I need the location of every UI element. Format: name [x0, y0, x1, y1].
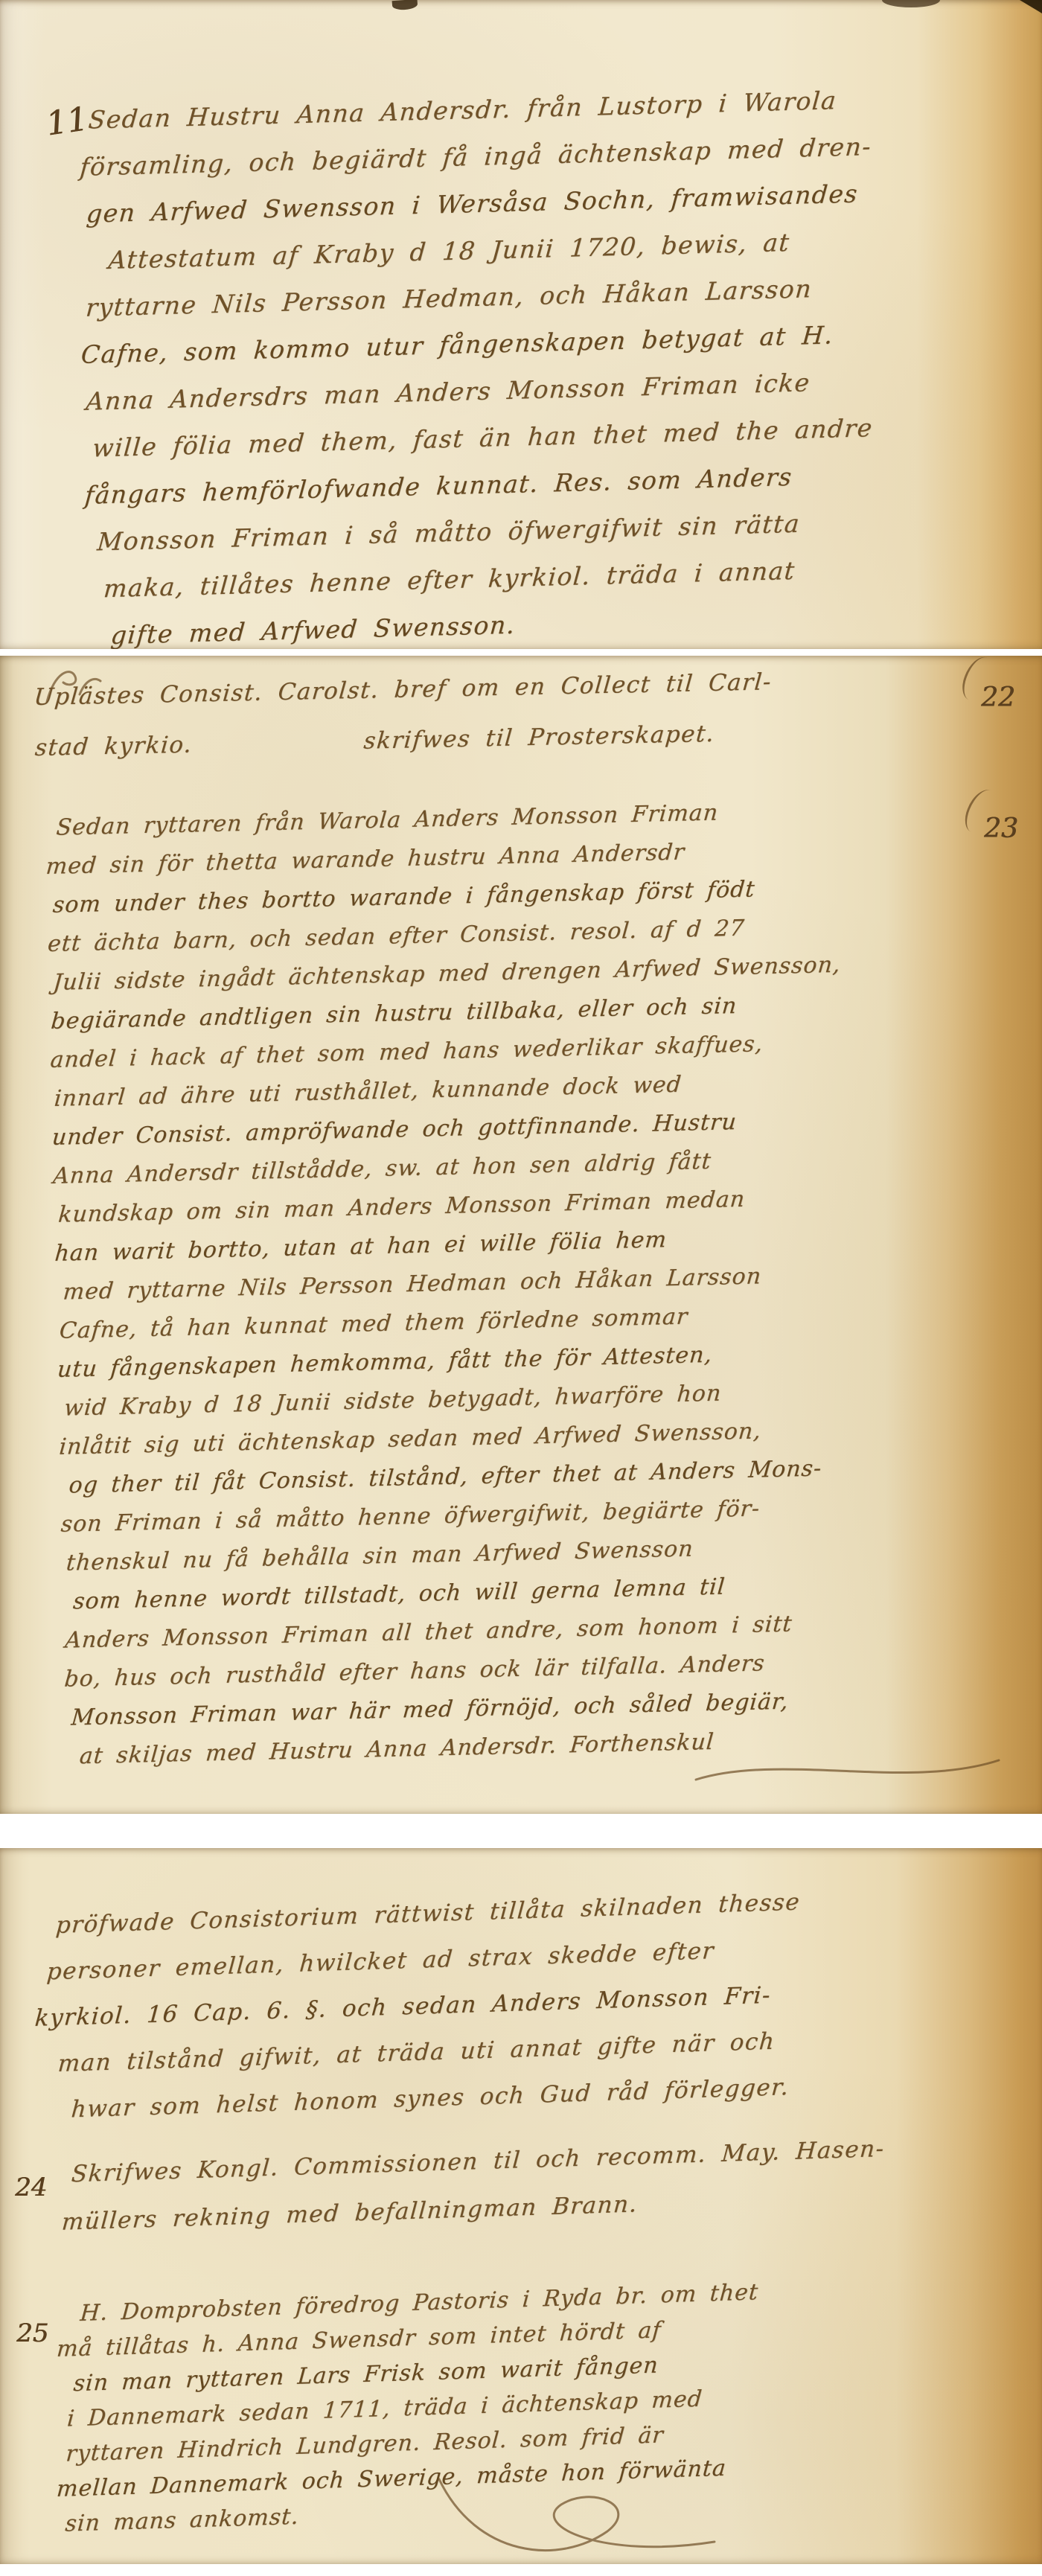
manuscript-line-right: skrifwes til Prosterskapet.: [362, 709, 717, 767]
pen-flourish: [692, 1748, 1005, 1790]
margin-number-23: 23: [984, 814, 1018, 844]
entry-23-paragraph: Sedan ryttaren från Warola Anders Monsso…: [45, 791, 859, 1777]
pen-flourish: [417, 2473, 744, 2564]
resolution-paragraph: pröfwade Consistorium rättwist tillåta s…: [30, 1879, 807, 2133]
manuscript-sheet-2: 22 23 Uplästes Consist. Carolst. bref om…: [0, 656, 1042, 1814]
manuscript-sheet-1: 11 Sedan Hustru Anna Andersdr. från Lust…: [0, 0, 1042, 649]
entry-11-paragraph: Sedan Hustru Anna Andersdr. från Lustorp…: [74, 76, 884, 649]
margin-number-22: 22: [981, 683, 1015, 713]
manuscript-line-left: stad kyrkio.: [34, 732, 194, 761]
entry-24-paragraph: Skrifwes Kongl. Commissionen til och rec…: [30, 2125, 887, 2247]
scanned-manuscript-page: { "ink_color": "#6d4e26", "paper_color":…: [0, 0, 1042, 2576]
ink-blot: [392, 0, 418, 10]
manuscript-sheet-3: pröfwade Consistorium rättwist tillåta s…: [0, 1848, 1042, 2564]
entry-22-note: Uplästes Consist. Carolst. bref om en Co…: [33, 656, 773, 773]
page-corner-shadow: [1020, 0, 1042, 13]
ink-blot: [882, 0, 940, 7]
